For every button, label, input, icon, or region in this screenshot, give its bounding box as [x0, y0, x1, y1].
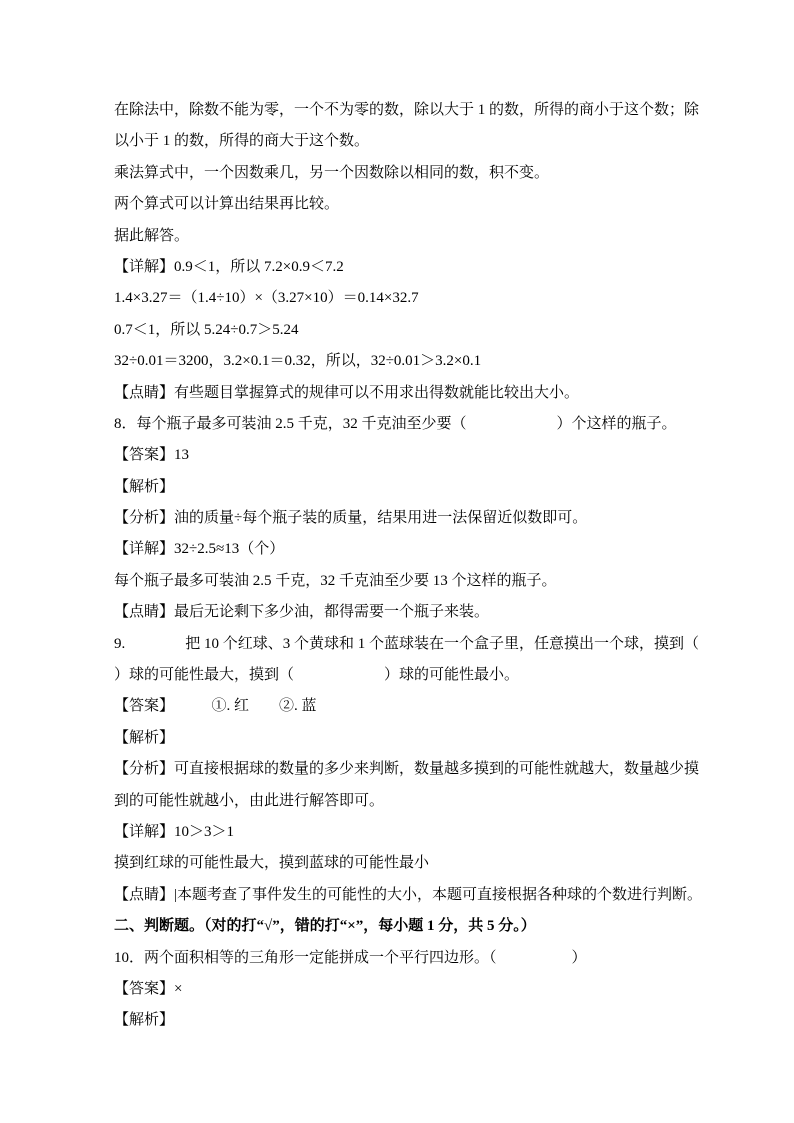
q8-note-line: 【点睛】最后无论剩下多少油，都得需要一个瓶子来装。 [114, 597, 696, 628]
q10-explanation-label: 【解析】 [114, 1005, 696, 1036]
q7-detail-line-2: 1.4×3.27＝（1.4÷10）×（3.27×10）＝0.14×32.7 [114, 283, 696, 314]
q9-question-line-1: 9. 把 10 个红球、3 个黄球和 1 个蓝球装在一个盒子里，任意摸出一个球，… [114, 629, 696, 660]
document-body: 在除法中，除数不能为零，一个不为零的数，除以大于 1 的数，所得的商小于这个数；… [114, 95, 696, 1037]
q7-analysis-line-3: 乘法算式中，一个因数乘几，另一个因数除以相同的数，积不变。 [114, 158, 696, 189]
q9-analysis-line-1: 【分析】可直接根据球的数量的多少来判断，数量越多摸到的可能性就越大，数量越少摸 [114, 754, 696, 785]
q7-analysis-line-5: 据此解答。 [114, 221, 696, 252]
q7-detail-line-1: 【详解】0.9＜1，所以 7.2×0.9＜7.2 [114, 252, 696, 283]
q9-note-line: 【点睛】|本题考查了事件发生的可能性的大小，本题可直接根据各种球的个数进行判断。 [114, 880, 696, 911]
q9-answer-line: 【答案】 ①. 红 ②. 蓝 [114, 691, 696, 722]
q8-analysis-line: 【分析】油的质量÷每个瓶子装的质量，结果用进一法保留近似数即可。 [114, 503, 696, 534]
q7-analysis-line-2: 以小于 1 的数，所得的商大于这个数。 [114, 126, 696, 157]
q9-explanation-label: 【解析】 [114, 723, 696, 754]
q8-conclusion-line: 每个瓶子最多可装油 2.5 千克，32 千克油至少要 13 个这样的瓶子。 [114, 566, 696, 597]
document-page: 在除法中，除数不能为零，一个不为零的数，除以大于 1 的数，所得的商小于这个数；… [0, 0, 794, 1123]
q10-question-line: 10．两个面积相等的三角形一定能拼成一个平行四边形。（ ） [114, 943, 696, 974]
q9-conclusion-line: 摸到红球的可能性最大，摸到蓝球的可能性最小 [114, 848, 696, 879]
q9-question-line-2: ）球的可能性最大，摸到（ ）球的可能性最小。 [114, 660, 696, 691]
q7-analysis-line-1: 在除法中，除数不能为零，一个不为零的数，除以大于 1 的数，所得的商小于这个数；… [114, 95, 696, 126]
q9-analysis-line-2: 到的可能性就越小，由此进行解答即可。 [114, 786, 696, 817]
q10-answer-line: 【答案】× [114, 974, 696, 1005]
q8-question-line: 8．每个瓶子最多可装油 2.5 千克，32 千克油至少要（ ）个这样的瓶子。 [114, 409, 696, 440]
q8-detail-line: 【详解】32÷2.5≈13（个） [114, 534, 696, 565]
q7-detail-line-4: 32÷0.01＝3200，3.2×0.1＝0.32，所以，32÷0.01＞3.2… [114, 346, 696, 377]
q7-note-line: 【点睛】有些题目掌握算式的规律可以不用求出得数就能比较出大小。 [114, 378, 696, 409]
q7-analysis-line-4: 两个算式可以计算出结果再比较。 [114, 189, 696, 220]
q9-detail-line: 【详解】10＞3＞1 [114, 817, 696, 848]
section-2-heading: 二、判断题。（对的打“√”，错的打“×”，每小题 1 分，共 5 分。） [114, 911, 696, 942]
q7-detail-line-3: 0.7＜1，所以 5.24÷0.7＞5.24 [114, 315, 696, 346]
q8-answer-line: 【答案】13 [114, 440, 696, 471]
q8-explanation-label: 【解析】 [114, 472, 696, 503]
